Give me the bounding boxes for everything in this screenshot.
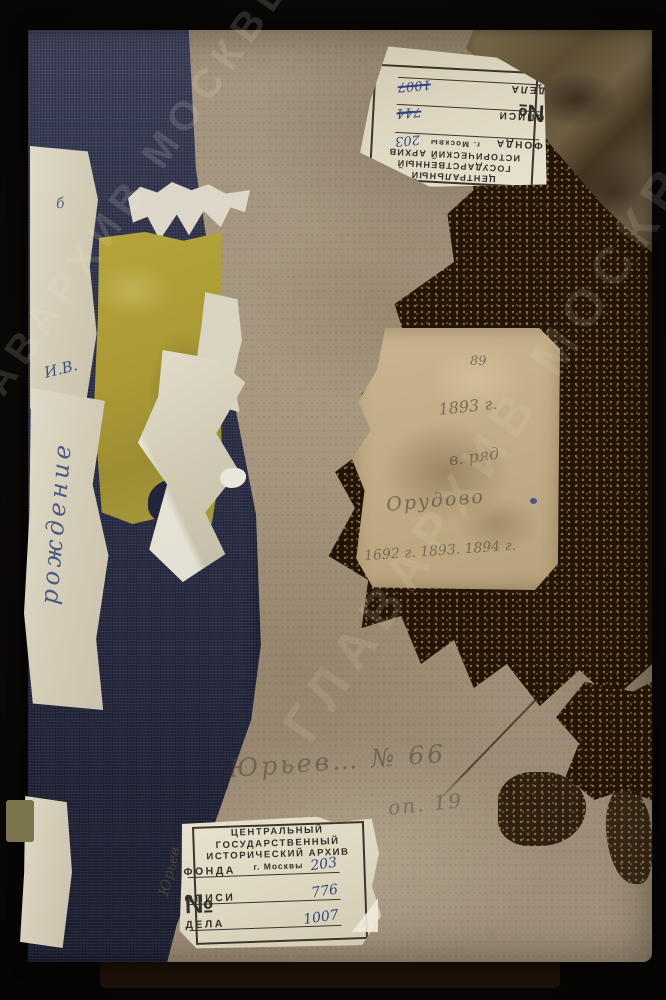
- opis-number: 744: [396, 104, 422, 121]
- delo-number: 1007: [397, 76, 431, 94]
- ink-dot: [530, 498, 537, 504]
- exposed-board-patch: 89 1893 г. в. ряд Орудово 1692 г. 1893. …: [352, 328, 560, 590]
- delo-number: 1007: [303, 907, 341, 928]
- olive-tab: [6, 800, 34, 842]
- fond-number: 203: [394, 131, 420, 148]
- stamp-number-rows: № ФОНДА 203 ОПИСИ 744 ДЕЛА 1007: [395, 77, 546, 141]
- fond-number: 203: [310, 855, 339, 875]
- photo-archival-book-cover: 89 1893 г. в. ряд Орудово 1692 г. 1893. …: [0, 0, 666, 1000]
- opis-row: ОПИСИ 776: [185, 898, 341, 904]
- stamp-number-rows: № ФОНДА 203 ОПИСИ 776 ДЕЛА 1007: [184, 872, 342, 931]
- opis-number: 776: [311, 881, 340, 901]
- handwritten-years: 1692 г. 1893. 1894 г.: [364, 534, 573, 564]
- small-letter-handwriting: б: [55, 195, 66, 212]
- opis-row: ОПИСИ 744: [397, 104, 545, 113]
- archive-stamp-bottom: ЦЕНТРАЛЬНЫЙ ГОСУДАРСТВЕННЫЙ ИСТОРИЧЕСКИЙ…: [176, 815, 382, 952]
